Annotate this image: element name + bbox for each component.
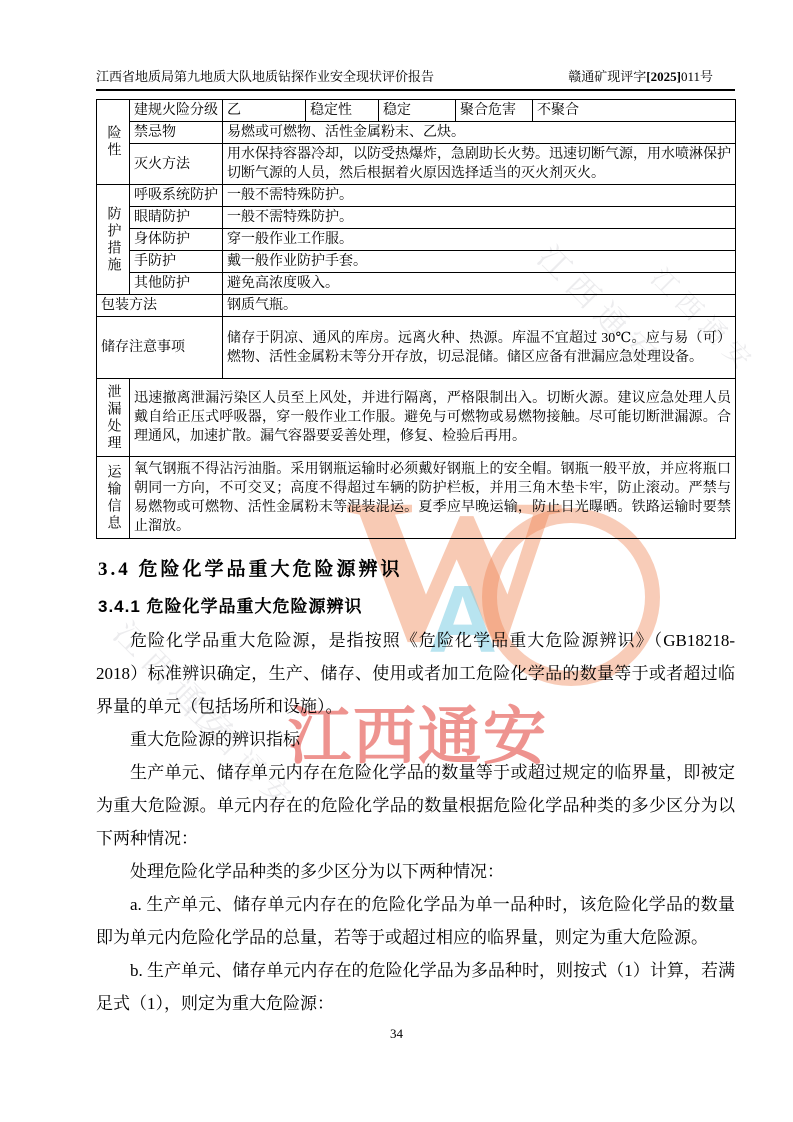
- doc-number-prefix: 赣通矿现评字: [568, 69, 646, 84]
- body-text: 危险化学品重大危险源，是指按照《危险化学品重大危险源辨识》（GB18218-20…: [96, 624, 735, 1020]
- document-page: 江西通安 江西通安 江西通安 江西通安 W A 江西通安 江西省地质局第九地质大…: [0, 0, 793, 1122]
- table-row: 运输信息 氧气钢瓶不得沾污油脂。采用钢瓶运输时必须戴好钢瓶上的安全帽。钢瓶一般平…: [97, 457, 736, 539]
- table-row: 泄漏处理 迅速撤离泄漏污染区人员至上风处，并进行隔离，严格限制出入。切断火源。建…: [97, 379, 736, 457]
- paragraph: 重大危险源的辨识指标: [96, 723, 735, 756]
- storage-value: 储存于阴凉、通风的库房。远离火种、热源。库温不宜超过 30℃。应与易（可）燃物、…: [223, 317, 736, 379]
- doc-number-year: [2025]: [646, 69, 681, 84]
- extinguishing-value: 用水保持容器冷却，以防受热爆炸，急剧助长火势。迅速切断气源，用水喷淋保护切断气源…: [223, 144, 736, 185]
- doc-number-suffix: 011号: [681, 69, 713, 84]
- leak-value: 迅速撤离泄漏污染区人员至上风处，并进行隔离，严格限制出入。切断火源。建议应急处理…: [130, 379, 736, 457]
- transport-value: 氧气钢瓶不得沾污油脂。采用钢瓶运输时必须戴好钢瓶上的安全帽。钢瓶一般平放，并应将…: [130, 457, 736, 539]
- polymerization-value: 不聚合: [533, 100, 736, 122]
- hazard-group-label: 险性: [104, 125, 123, 159]
- transport-group-cell: 运输信息: [97, 457, 130, 539]
- leak-group-label: 泄漏处理: [104, 384, 123, 452]
- protection-value: 避免高浓度吸入。: [223, 273, 736, 295]
- protection-group-cell: 防护措施: [97, 185, 130, 295]
- protection-value: 一般不需特殊防护。: [223, 207, 736, 229]
- table-row: 防护措施 呼吸系统防护 一般不需特殊防护。: [97, 185, 736, 207]
- doc-number: 赣通矿现评字[2025]011号: [568, 68, 735, 85]
- table-row: 眼睛防护 一般不需特殊防护。: [97, 207, 736, 229]
- table-row: 其他防护 避免高浓度吸入。: [97, 273, 736, 295]
- protection-label: 呼吸系统防护: [130, 185, 223, 207]
- section-heading-3-4: 3.4 危险化学品重大危险源辨识: [98, 554, 735, 581]
- extinguishing-label: 灭火方法: [130, 144, 223, 185]
- protection-value: 穿一般作业工作服。: [223, 229, 736, 251]
- storage-label: 储存注意事项: [97, 317, 223, 379]
- packing-label: 包装方法: [97, 295, 223, 317]
- paragraph: a. 生产单元、储存单元内存在的危险化学品为单一品种时，该危险化学品的数量即为单…: [96, 888, 735, 954]
- polymerization-label: 聚合危害: [456, 100, 533, 122]
- transport-group-label: 运输信息: [104, 464, 123, 532]
- incompatibles-value: 易燃或可燃物、活性金属粉末、乙炔。: [223, 122, 736, 144]
- report-title: 江西省地质局第九地质大队地质钻探作业安全现状评价报告: [96, 68, 434, 85]
- protection-label: 眼睛防护: [130, 207, 223, 229]
- protection-label: 其他防护: [130, 273, 223, 295]
- incompatibles-label: 禁忌物: [130, 122, 223, 144]
- stability-value: 稳定: [379, 100, 456, 122]
- fire-class-label: 建规火险分级: [130, 100, 223, 122]
- table-row: 储存注意事项 储存于阴凉、通风的库房。远离火种、热源。库温不宜超过 30℃。应与…: [97, 317, 736, 379]
- table-row: 身体防护 穿一般作业工作服。: [97, 229, 736, 251]
- table-row: 灭火方法 用水保持容器冷却，以防受热爆炸，急剧助长火势。迅速切断气源，用水喷淋保…: [97, 144, 736, 185]
- protection-label: 身体防护: [130, 229, 223, 251]
- paragraph: b. 生产单元、储存单元内存在的危险化学品为多品种时，则按式（1）计算，若满足式…: [96, 954, 735, 1020]
- stability-label: 稳定性: [306, 100, 379, 122]
- paragraph: 危险化学品重大危险源，是指按照《危险化学品重大危险源辨识》（GB18218-20…: [96, 624, 735, 723]
- protection-group-label: 防护措施: [104, 206, 123, 274]
- page-content: 江西省地质局第九地质大队地质钻探作业安全现状评价报告 赣通矿现评字[2025]0…: [0, 0, 793, 1122]
- msds-table: 险性 建规火险分级 乙 稳定性 稳定 聚合危害 不聚合 禁忌物 易燃或可燃物、活…: [96, 99, 736, 539]
- protection-value: 一般不需特殊防护。: [223, 185, 736, 207]
- paragraph: 生产单元、储存单元内存在危险化学品的数量等于或超过规定的临界量，即被定为重大危险…: [96, 756, 735, 855]
- hazard-group-cell: 险性: [97, 100, 130, 185]
- table-row: 手防护 戴一般作业防护手套。: [97, 251, 736, 273]
- table-row: 险性 建规火险分级 乙 稳定性 稳定 聚合危害 不聚合: [97, 100, 736, 122]
- leak-group-cell: 泄漏处理: [97, 379, 130, 457]
- packing-value: 钢质气瓶。: [223, 295, 736, 317]
- protection-label: 手防护: [130, 251, 223, 273]
- protection-value: 戴一般作业防护手套。: [223, 251, 736, 273]
- table-row: 禁忌物 易燃或可燃物、活性金属粉末、乙炔。: [97, 122, 736, 144]
- page-number: 34: [0, 1026, 793, 1042]
- page-header: 江西省地质局第九地质大队地质钻探作业安全现状评价报告 赣通矿现评字[2025]0…: [96, 68, 735, 91]
- paragraph: 处理危险化学品种类的多少区分为以下两种情况：: [96, 855, 735, 888]
- table-row: 包装方法 钢质气瓶。: [97, 295, 736, 317]
- section-heading-3-4-1: 3.4.1 危险化学品重大危险源辨识: [98, 592, 735, 617]
- fire-class-value: 乙: [223, 100, 306, 122]
